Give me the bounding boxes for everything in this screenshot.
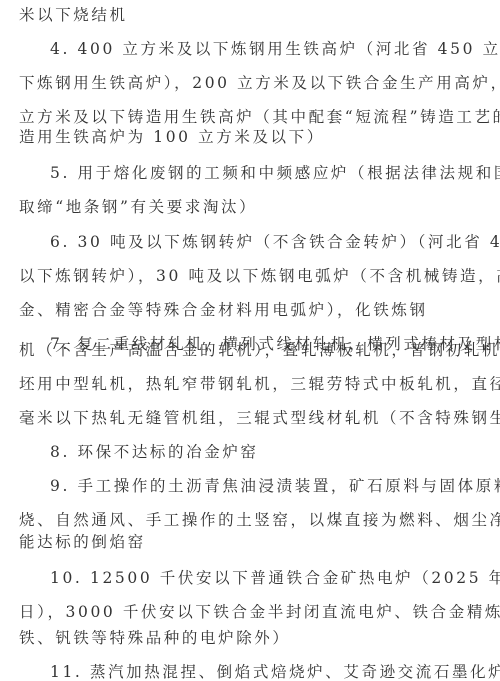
item-9-line: 9. 手工操作的土沥青焦油浸渍装置，矿石原料与固体原料混 [50, 474, 479, 498]
text-line: 毫米以下热轧无缝管机组，三辊式型线材轧机（不含特殊钢生产） [19, 406, 479, 430]
text-line: 以下炼钢转炉），30 吨及以下炼钢电弧炉（不含机械铸造，高温合 [19, 264, 479, 288]
text-line: 能达标的倒焰窑 [19, 530, 479, 554]
text-line: 取缔“地条钢”有关要求淘汰） [19, 195, 479, 219]
text-line: 下炼钢用生铁高炉），200 立方米及以下铁合金生产用高炉，200 [19, 71, 479, 95]
text-line: 造用生铁高炉为 100 立方米及以下） [19, 125, 479, 149]
item-8-line: 8. 环保不达标的冶金炉窑 [50, 440, 479, 464]
text-line: 日），3000 千伏安以下铁合金半封闭直流电炉、铁合金精炼电炉（钨 [19, 600, 479, 624]
item-6-line: 6. 30 吨及以下炼钢转炉（不含铁合金转炉）（河北省 40 吨及 [50, 230, 479, 254]
text-line: 金、精密合金等特殊合金材料用电弧炉），化铁炼钢 [19, 298, 479, 322]
text-line: 坯用中型轧机，热轧窄带钢轧机，三辊劳特式中板轧机，直径 76 [19, 372, 479, 396]
item-11-line: 11. 蒸汽加热混捏、倒焰式焙烧炉、艾奇逊交流石墨化炉、1 [50, 660, 479, 681]
text-line: 机（不含生产高温合金的轧机），叠轧薄板轧机，普钢初轧机及开 [19, 338, 479, 362]
item-10-line: 10. 12500 千伏安以下普通铁合金矿热电炉（2025 年 12 月 31 [50, 566, 479, 590]
document-page: 米以下烧结机 4. 400 立方米及以下炼钢用生铁高炉（河北省 450 立方米及… [0, 0, 500, 681]
item-4-line: 4. 400 立方米及以下炼钢用生铁高炉（河北省 450 立方米及以 [50, 37, 479, 61]
text-line: 米以下烧结机 [19, 3, 479, 27]
text-line: 烧、自然通风、手工操作的土竖窑，以煤直接为燃料、烟尘净化不 [19, 508, 479, 532]
text-line: 铁、钒铁等特殊品种的电炉除外） [19, 626, 479, 650]
item-5-line: 5. 用于熔化废钢的工频和中频感应炉（根据法律法规和国家 [50, 161, 479, 185]
